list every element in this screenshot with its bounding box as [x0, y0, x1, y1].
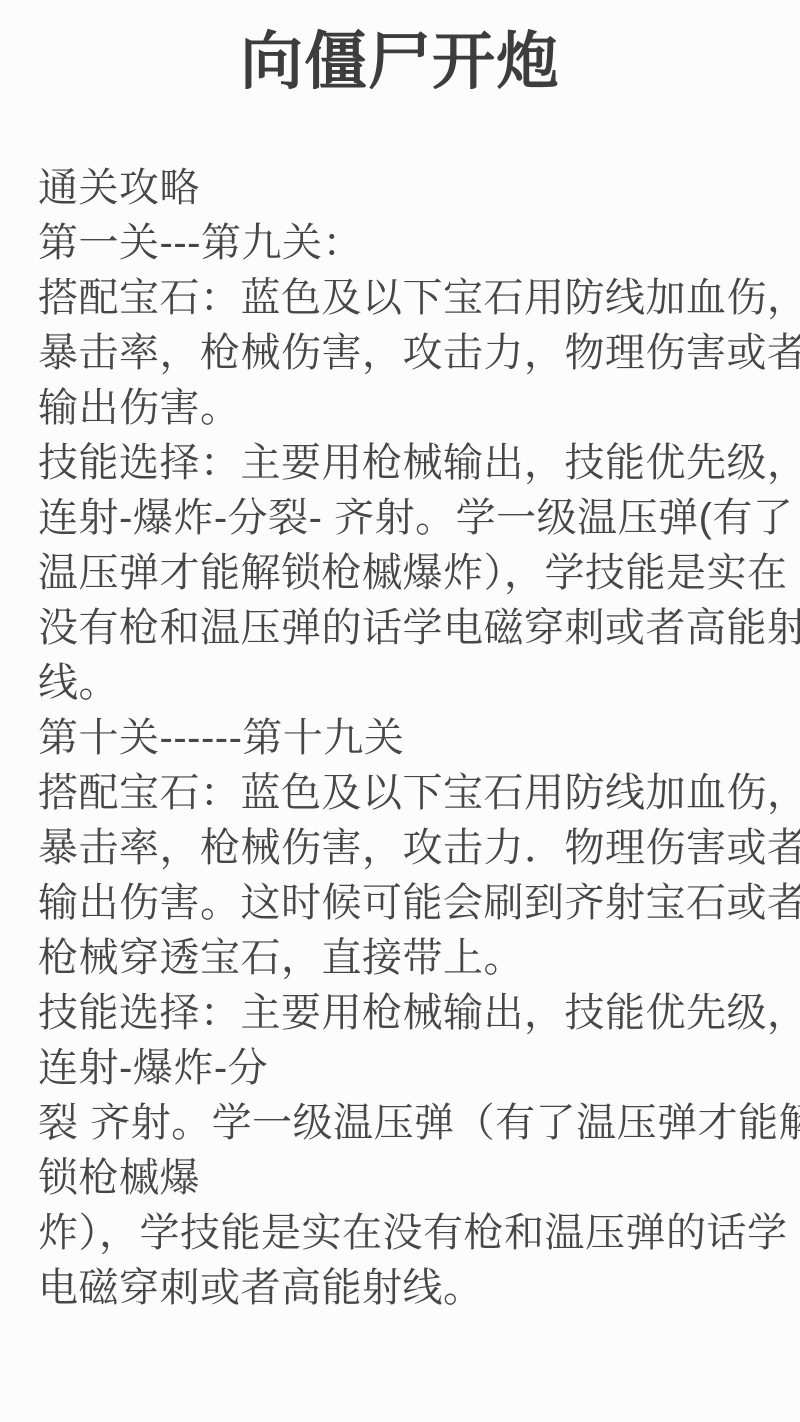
text-line: 没有枪和温压弹的话学电磁穿刺或者高能射 [38, 601, 794, 656]
body-text: 通关攻略第一关---第九关：搭配宝石：蓝色及以下宝石用防线加血伤，暴击率，枪械伤… [38, 161, 794, 1316]
text-line: 第十关------第十九关 [38, 711, 794, 766]
text-line: 线。 [38, 656, 794, 711]
text-line: 连射-爆炸-分 [38, 1041, 794, 1096]
text-line: 通关攻略 [38, 161, 794, 216]
text-line: 暴击率，枪械伤害，攻击力．物理伤害或者 [38, 821, 794, 876]
text-line: 暴击率，枪械伤害，攻击力，物理伤害或者 [38, 326, 794, 381]
text-line: 搭配宝石：蓝色及以下宝石用防线加血伤， [38, 271, 794, 326]
text-line: 炸），学技能是实在没有枪和温压弹的话学 [38, 1206, 794, 1261]
text-line: 技能选择：主要用枪械输出，技能优先级， [38, 436, 794, 491]
text-line: 锁枪槭爆 [38, 1151, 794, 1206]
text-line: 裂 齐射。学一级温压弹（有了温压弹才能解 [38, 1096, 794, 1151]
text-line: 枪械穿透宝石，直接带上。 [38, 931, 794, 986]
text-line: 技能选择：主要用枪械输出，技能优先级， [38, 986, 794, 1041]
text-line: 搭配宝石：蓝色及以下宝石用防线加血伤， [38, 766, 794, 821]
text-line: 第一关---第九关： [38, 216, 794, 271]
text-line: 温压弹才能解锁枪槭爆炸），学技能是实在 [38, 546, 794, 601]
page-title: 向僵尸开炮 [0, 0, 800, 104]
text-line: 输出伤害。 [38, 381, 794, 436]
document-page: 向僵尸开炮 通关攻略第一关---第九关：搭配宝石：蓝色及以下宝石用防线加血伤，暴… [0, 0, 800, 1422]
text-line: 输出伤害。这时候可能会刷到齐射宝石或者 [38, 876, 794, 931]
text-line: 电磁穿刺或者高能射线。 [38, 1261, 794, 1316]
text-line: 连射-爆炸-分裂- 齐射。学一级温压弹(有了 [38, 491, 794, 546]
